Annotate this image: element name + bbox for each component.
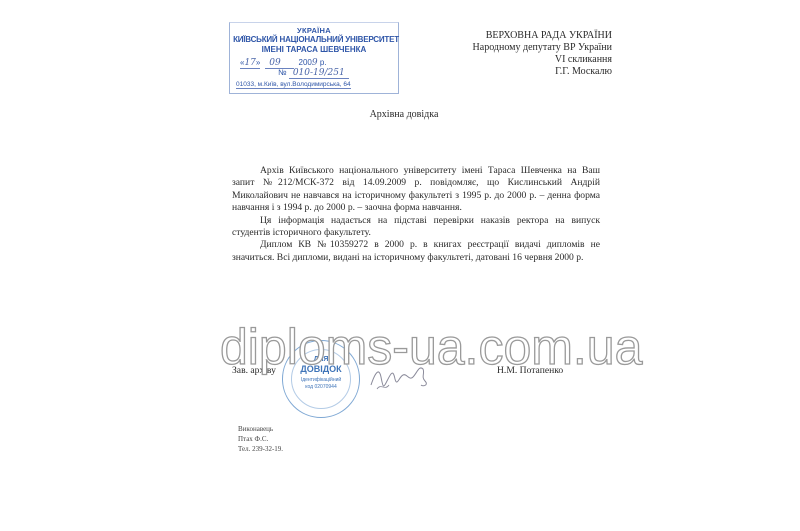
stamp-date-year-prefix: 200 xyxy=(299,58,312,67)
executor-label: Виконавець xyxy=(238,424,283,434)
executor-phone: Тел. 239-32-19. xyxy=(238,444,283,454)
stamp-date-day: 17 xyxy=(244,58,255,68)
stamp-date-year: 9 xyxy=(312,58,318,68)
stamp-university: КИЇВСЬКИЙ НАЦІОНАЛЬНИЙ УНІВЕРСИТЕТ xyxy=(230,35,402,44)
recipient-line: VI скликання xyxy=(392,54,612,66)
stamp-number-value: 010-19/251 xyxy=(289,68,349,79)
stamp-number-label: № xyxy=(278,68,287,77)
stamp-date-suffix: р. xyxy=(320,58,327,67)
recipient-block: ВЕРХОВНА РАДА УКРАЇНИ Народному депутату… xyxy=(392,30,612,78)
document-title: Архівна довідка xyxy=(0,109,800,120)
seal-text: код 02070944 xyxy=(283,384,359,390)
body-paragraph: Ця інформація надається на підставі пере… xyxy=(232,215,600,240)
stamp-number: № 010-19/251 xyxy=(278,68,349,78)
recipient-line: Г.Г. Москалю xyxy=(392,66,612,78)
recipient-line: Народному депутату ВР України xyxy=(392,42,612,54)
body-paragraph: Архів Київського національного університ… xyxy=(232,165,600,215)
body-paragraph: Диплом КВ №10359272 в 2000 р. в книгах р… xyxy=(232,239,600,264)
stamp-date-month: 09 xyxy=(269,58,280,68)
stamp-named-after: ІМЕНІ ТАРАСА ШЕВЧЕНКА xyxy=(230,45,398,54)
executor-block: Виконавець Птах Ф.С. Тел. 239-32-19. xyxy=(238,424,283,454)
stamp-country: УКРАЇНА xyxy=(230,26,398,35)
stamp-scribble: ~· xyxy=(378,36,383,42)
seal-text: Ідентифікаційний xyxy=(283,377,359,383)
recipient-line: ВЕРХОВНА РАДА УКРАЇНИ xyxy=(392,30,612,42)
university-registration-stamp: УКРАЇНА КИЇВСЬКИЙ НАЦІОНАЛЬНИЙ УНІВЕРСИТ… xyxy=(229,22,399,94)
stamp-address: 01033, м.Київ, вул.Володимирська, 64 xyxy=(236,81,351,88)
executor-name: Птах Ф.С. xyxy=(238,434,283,444)
document-page: УКРАЇНА КИЇВСЬКИЙ НАЦІОНАЛЬНИЙ УНІВЕРСИТ… xyxy=(0,0,800,531)
document-body: Архів Київського національного університ… xyxy=(232,165,600,264)
watermark-text: diploms-ua.com.ua xyxy=(220,322,642,372)
